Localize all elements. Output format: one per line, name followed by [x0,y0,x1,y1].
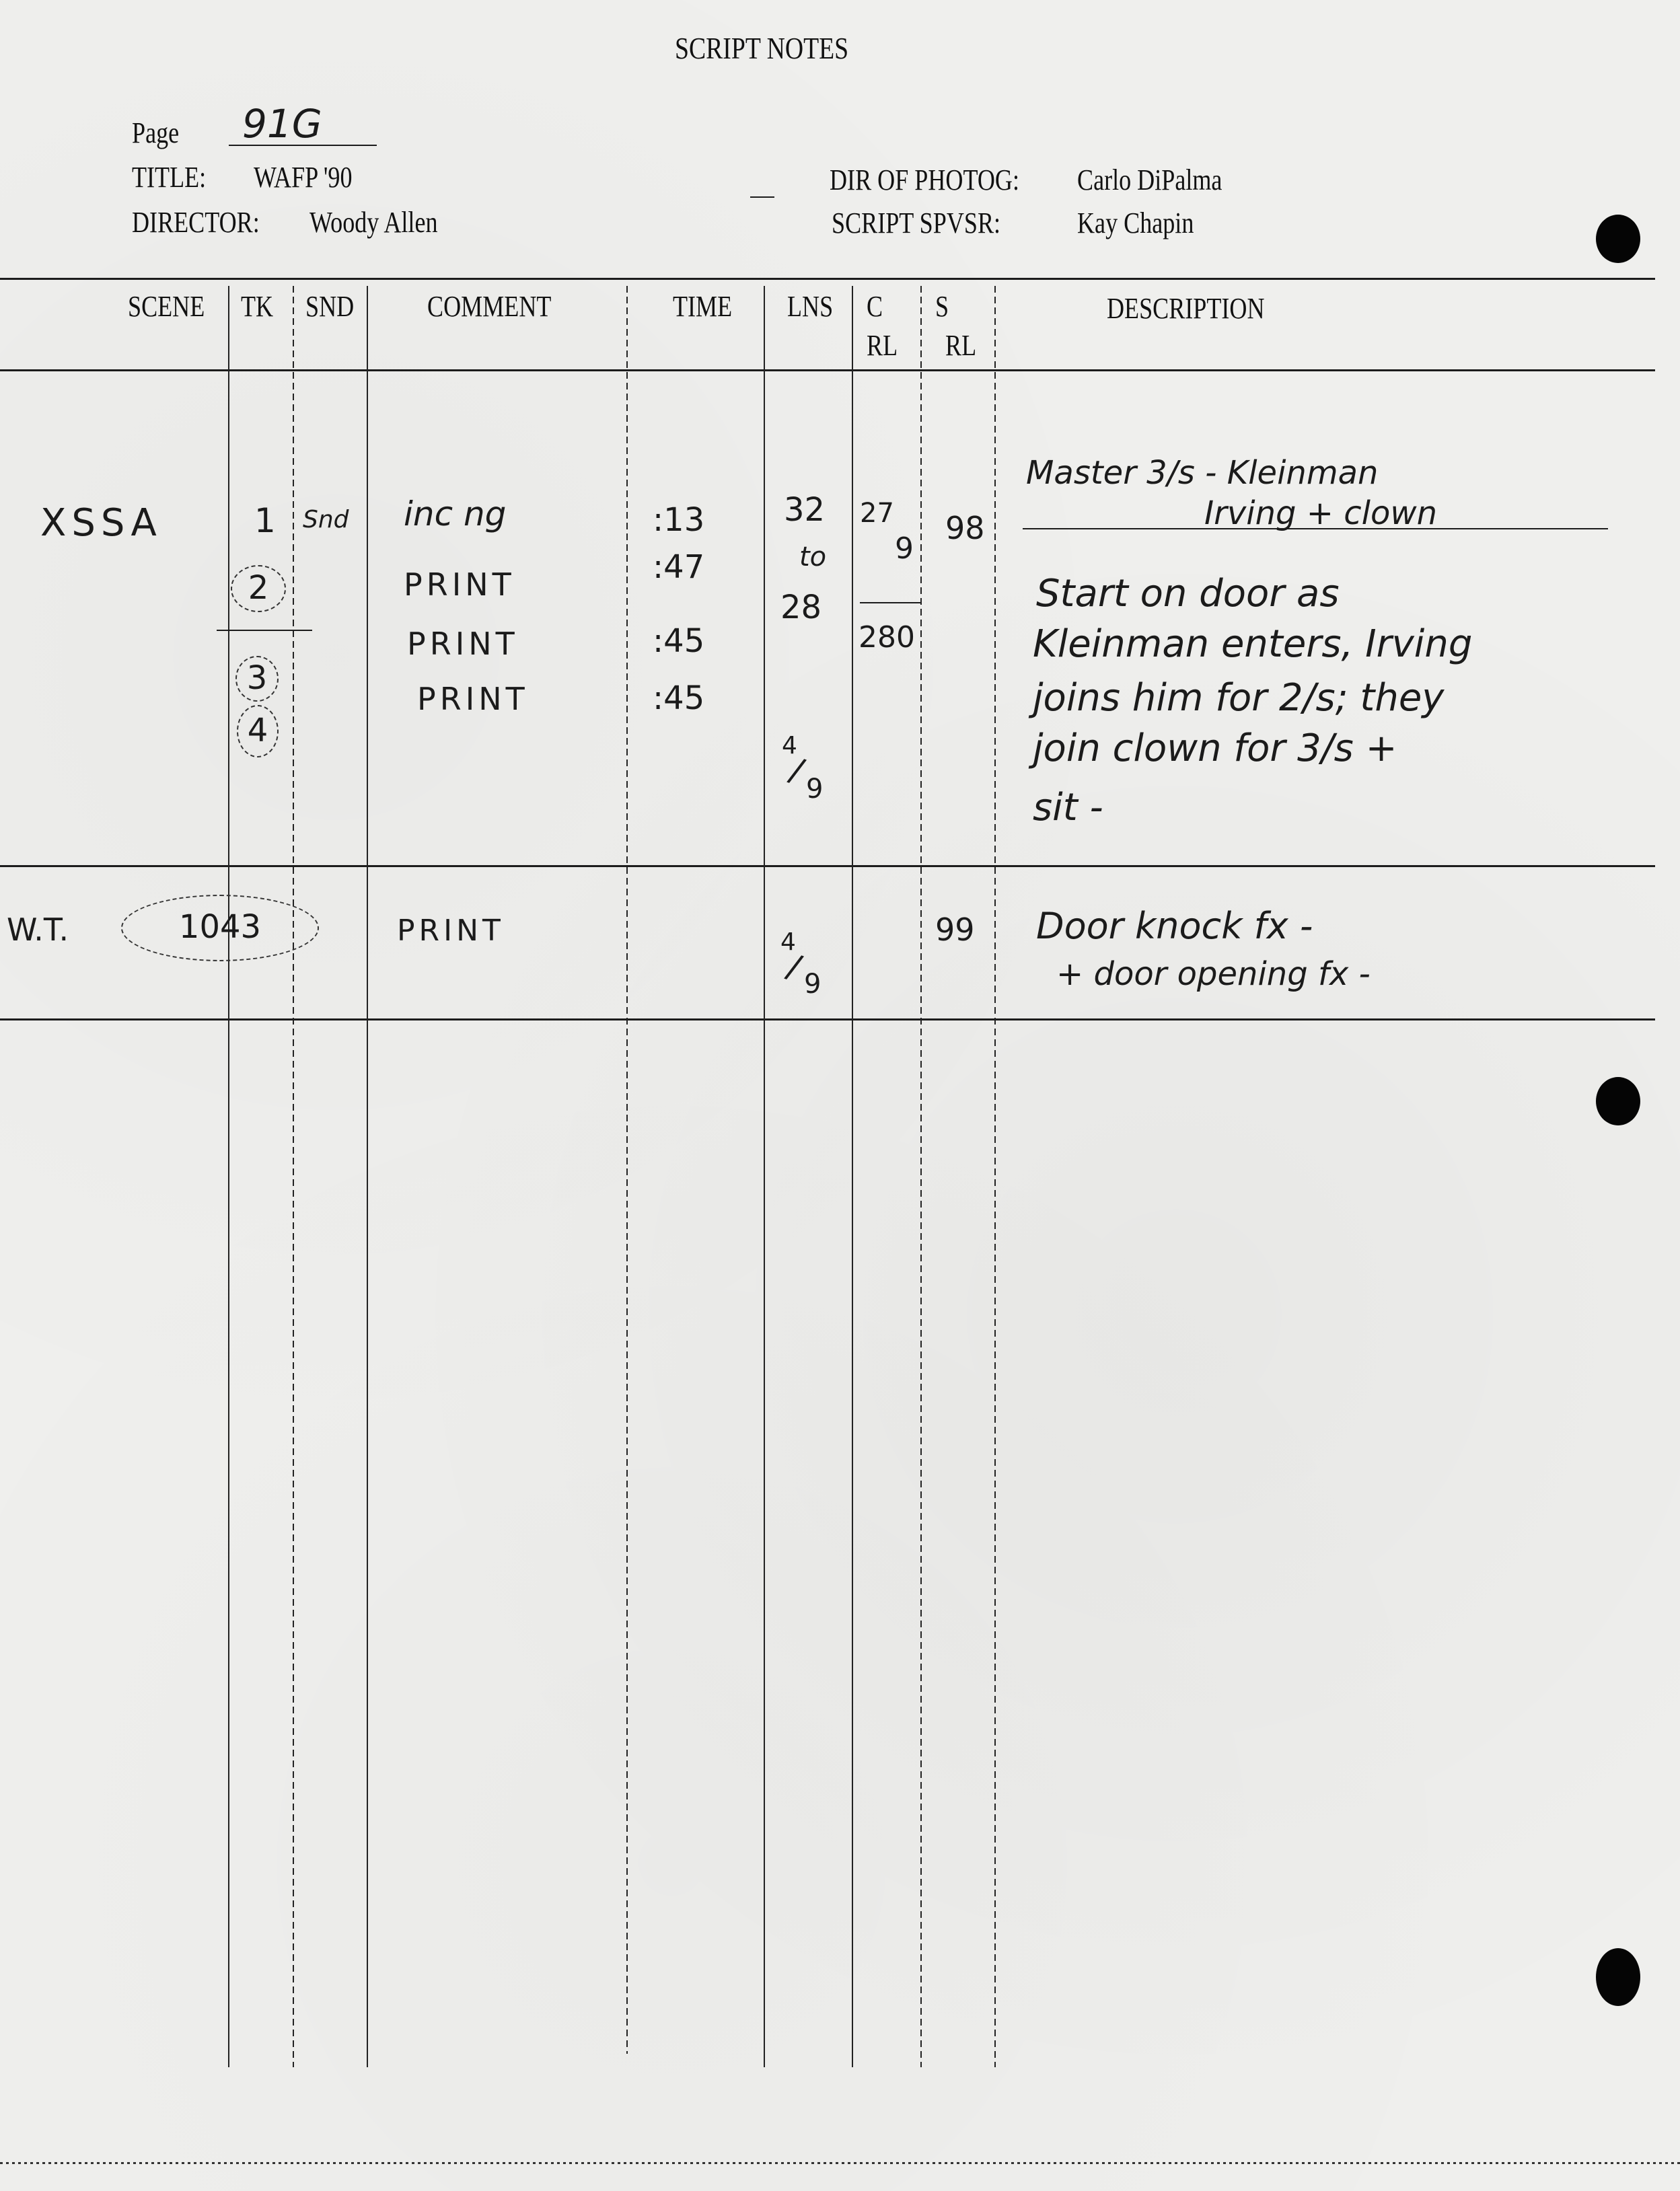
lns-fraction-denominator: 9 [806,774,823,805]
take-time: :47 [653,548,704,586]
s-rl-value: 99 [935,912,975,948]
lns-value: 28 [780,589,821,626]
take-number-circled: 4 [237,705,279,757]
description-heading-underline [1023,528,1608,529]
comment-text: PRINT [404,566,515,603]
scene-number: XSSA [40,501,162,545]
paper-background [0,0,1680,2191]
take-time: :45 [653,622,704,660]
col-header-description: DESCRIPTION [1107,291,1265,326]
comment-text: PRINT [397,914,505,948]
col-header-s: S [935,289,949,324]
sound-mark: Snd [303,506,349,533]
comment-text: PRINT [417,681,529,717]
title-value: WAFP '90 [254,160,353,194]
description-line: + door opening fx - [1056,955,1371,993]
c-rl-sum-line [860,602,920,603]
col-header-tk: TK [241,289,273,324]
description-heading: Irving + clown [1204,494,1437,532]
take-number-circled: 2 [231,565,286,612]
page-bottom-edge [0,2162,1680,2164]
description-line: join clown for 3/s + [1033,727,1397,770]
dop-value: Carlo DiPalma [1077,163,1222,197]
form-title: SCRIPT NOTES [675,30,848,66]
director-label: DIRECTOR: [132,205,260,239]
description-line: joins him for 2/s; they [1033,676,1444,720]
wild-track-number-circled: 1043 [121,895,319,961]
col-divider-srl-desc [994,286,996,2067]
description-line: Start on door as [1036,572,1340,616]
s-rl-value: 98 [945,510,985,546]
punch-hole-top [1596,215,1640,263]
supervisor-value: Kay Chapin [1077,206,1194,240]
lns-value: 32 [784,491,825,529]
col-header-c-rl: RL [867,328,898,363]
col-header-scene: SCENE [128,289,205,324]
scene-number: W.T. [7,912,69,948]
take-time: :45 [653,679,704,717]
punch-hole-bottom [1596,1948,1640,2006]
comment-text: inc ng [404,494,506,533]
col-divider-time-lns [764,286,765,2067]
row1-bottom-rule [0,865,1655,867]
col-header-comment: COMMENT [427,289,551,324]
take-number-circled: 3 [235,656,279,702]
page-underline [229,145,377,146]
header-bottom-rule [0,369,1655,371]
col-divider-tk-snd [293,286,294,2067]
col-header-lns: LNS [787,289,833,324]
page-number: 91G [242,101,322,147]
lns-fraction-denominator: 9 [804,969,821,1000]
punch-hole-middle [1596,1077,1640,1125]
c-rl-sub-value: 9 [895,531,914,566]
c-rl-total: 280 [859,620,915,655]
description-line: sit - [1033,786,1103,829]
lns-value: to [799,542,826,572]
description-line: Door knock fx - [1036,905,1313,947]
director-value: Woody Allen [309,205,438,239]
col-header-c: C [867,289,883,324]
row2-bottom-rule [0,1018,1655,1020]
supervisor-label: SCRIPT SPVSR: [832,206,1000,240]
description-line: Kleinman enters, Irving [1033,622,1472,666]
page-label: Page [132,116,179,150]
col-divider-scene-tk [228,286,229,2067]
dash-mark [750,196,774,198]
description-heading: Master 3/s - Kleinman [1026,454,1378,492]
take-separator-line [217,630,312,631]
dop-label: DIR OF PHOTOG: [830,163,1019,197]
col-header-s-rl: RL [945,328,976,363]
col-divider-snd-comment [367,286,368,2067]
comment-text: PRINT [407,626,519,662]
lns-fraction-numerator: 4 [782,732,797,759]
take-time: :13 [653,501,704,539]
take-number: 1 [254,501,276,540]
col-divider-comment-time [626,286,628,2054]
title-label: TITLE: [132,160,206,194]
col-header-time: TIME [673,289,732,324]
c-rl-value: 27 [860,498,894,529]
table-top-rule [0,278,1655,280]
col-divider-crl-srl [920,286,922,2067]
col-header-snd: SND [305,289,354,324]
col-divider-lns-crl [852,286,853,2067]
